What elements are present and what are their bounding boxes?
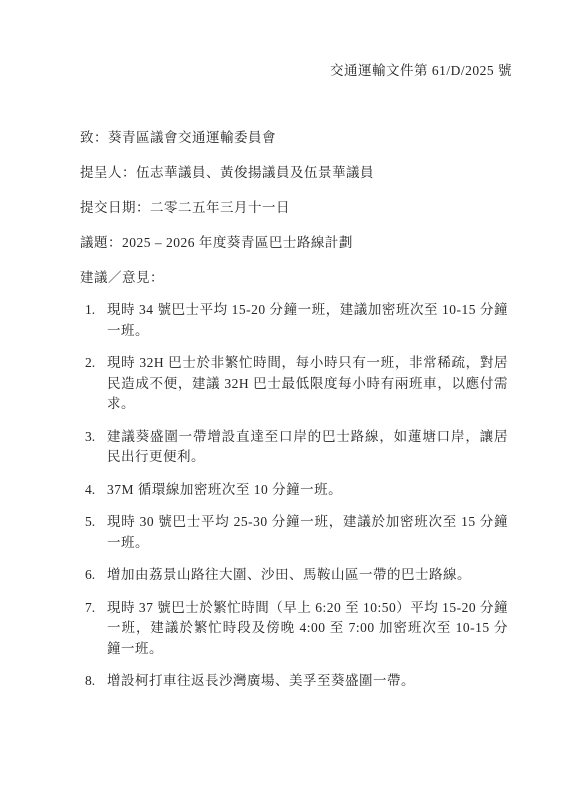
item-text: 增加由荔景山路往大圍、沙田、馬鞍山區一帶的巴士路線。 — [107, 567, 471, 582]
item-number: 2. — [85, 353, 95, 374]
document-reference: 交通運輸文件第 61/D/2025 號 — [0, 0, 565, 79]
item-number: 8. — [85, 671, 95, 692]
list-item: 1. 現時 34 號巴士平均 15-20 分鐘一班，建議加密班次至 10-15 … — [80, 300, 508, 341]
subject-line: 議題：2025 – 2026 年度葵青區巴士路線計劃 — [80, 235, 508, 251]
item-text: 增設柯打車往返長沙灣廣場、美孚至葵盛圍一帶。 — [107, 673, 415, 688]
list-item: 2. 現時 32H 巴士於非繁忙時間，每小時只有一班，非常稀疏，對居民造成不便，… — [80, 353, 508, 415]
item-text: 現時 32H 巴士於非繁忙時間，每小時只有一班，非常稀疏，對居民造成不便，建議 … — [107, 355, 508, 411]
section-heading: 建議／意見： — [80, 270, 508, 286]
item-number: 4. — [85, 480, 95, 501]
item-number: 7. — [85, 598, 95, 619]
list-item: 4. 37M 循環線加密班次至 10 分鐘一班。 — [80, 480, 508, 501]
list-item: 6. 增加由荔景山路往大圍、沙田、馬鞍山區一帶的巴士路線。 — [80, 565, 508, 586]
document-body: 致：葵青區議會交通運輸委員會 提呈人：伍志華議員、黃俊揚議員及伍景華議員 提交日… — [0, 79, 565, 692]
document-page: 交通運輸文件第 61/D/2025 號 致：葵青區議會交通運輸委員會 提呈人：伍… — [0, 0, 565, 800]
list-item: 7. 現時 37 號巴士於繁忙時間（早上 6:20 至 10:50）平均 15-… — [80, 598, 508, 660]
item-number: 6. — [85, 565, 95, 586]
item-text: 37M 循環線加密班次至 10 分鐘一班。 — [107, 482, 342, 497]
submission-date-line: 提交日期：二零二五年三月十一日 — [80, 200, 508, 216]
item-text: 現時 34 號巴士平均 15-20 分鐘一班，建議加密班次至 10-15 分鐘一… — [107, 302, 508, 338]
item-text: 現時 30 號巴士平均 25-30 分鐘一班，建議於加密班次至 15 分鐘一班。 — [107, 514, 508, 550]
list-item: 3. 建議葵盛圍一帶增設直達至口岸的巴士路線，如蓮塘口岸，讓居民出行更便利。 — [80, 427, 508, 468]
item-number: 3. — [85, 427, 95, 448]
list-item: 8. 增設柯打車往返長沙灣廣場、美孚至葵盛圍一帶。 — [80, 671, 508, 692]
submitted-by-line: 提呈人：伍志華議員、黃俊揚議員及伍景華議員 — [80, 165, 508, 181]
to-line: 致：葵青區議會交通運輸委員會 — [80, 130, 508, 146]
suggestion-list: 1. 現時 34 號巴士平均 15-20 分鐘一班，建議加密班次至 10-15 … — [80, 300, 508, 692]
item-number: 5. — [85, 512, 95, 533]
item-number: 1. — [85, 300, 95, 321]
item-text: 現時 37 號巴士於繁忙時間（早上 6:20 至 10:50）平均 15-20 … — [107, 600, 508, 656]
item-text: 建議葵盛圍一帶增設直達至口岸的巴士路線，如蓮塘口岸，讓居民出行更便利。 — [107, 429, 508, 465]
list-item: 5. 現時 30 號巴士平均 25-30 分鐘一班，建議於加密班次至 15 分鐘… — [80, 512, 508, 553]
